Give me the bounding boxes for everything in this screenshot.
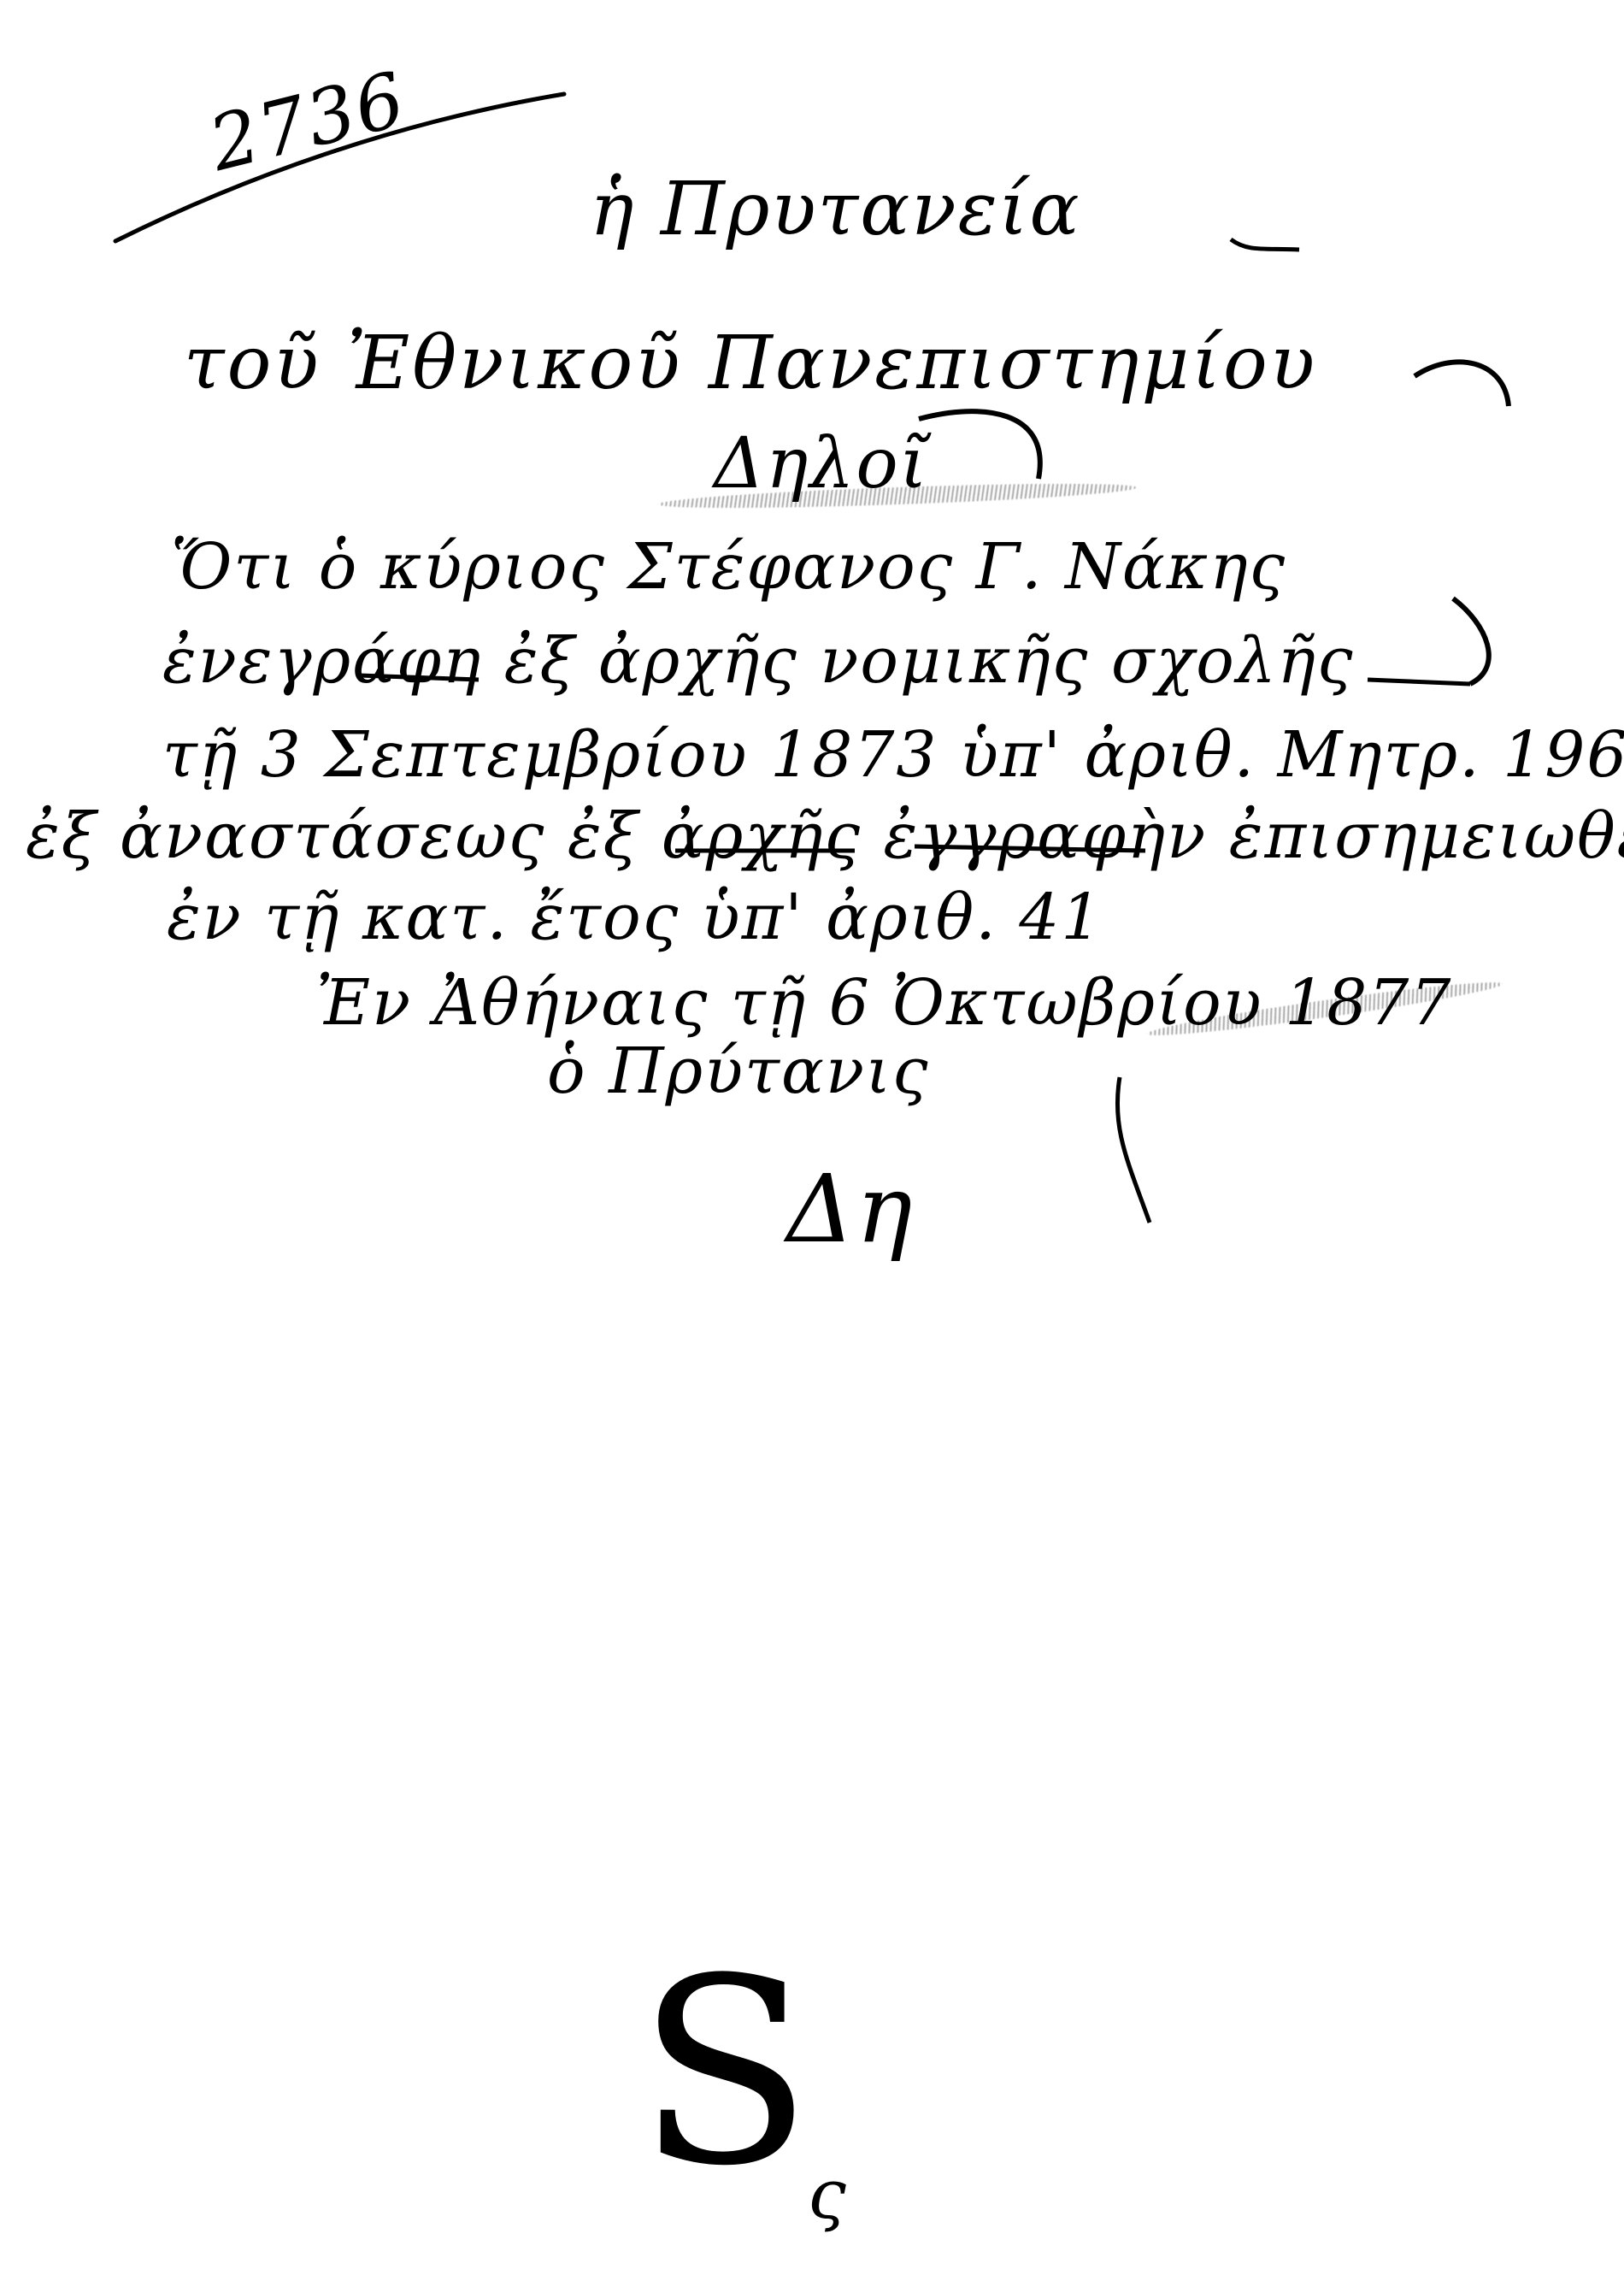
heading-line-1: ἡ Πρυτανεία bbox=[590, 167, 1081, 252]
body-line: ἐν τῇ κατ. ἔτος ὑπ' ἀριθ. 41 bbox=[167, 881, 1103, 954]
heading-line-2: τοῦ Ἐθνικοῦ Πανεπιστημίου bbox=[184, 321, 1317, 406]
signature-tail bbox=[1117, 1077, 1150, 1223]
body-line: τῇ 3 Σεπτεμβρίου 1873 ὑπ' ἀριθ. Μητρ. 19… bbox=[162, 718, 1624, 792]
folio-mark: S bbox=[637, 1924, 815, 2222]
date-line: Ἐν Ἀθήναις τῇ 6 Ὀκτωβρίου 1877 bbox=[316, 966, 1452, 1040]
signature: Δη bbox=[786, 1154, 914, 1264]
heading2-flourish bbox=[1415, 362, 1509, 406]
folio-sub-mark: ς bbox=[808, 2154, 848, 2234]
heading-line-3: Δηλοῖ bbox=[714, 423, 929, 504]
body-line: Ὅτι ὁ κύριος Στέφανος Γ. Νάκης bbox=[171, 530, 1286, 604]
heading3-arc bbox=[919, 411, 1040, 479]
body-line: ἐξ ἀναστάσεως ἐξ ἀρχῆς ἐγγραφὴν ἐπισημει… bbox=[26, 799, 1624, 873]
document-page: 2736 ἡ Πρυτανεία τοῦ Ἐθνικοῦ Πανεπιστημί… bbox=[0, 0, 1624, 2275]
rector-title: ὁ Πρύτανις bbox=[547, 1034, 929, 1108]
body-bracket bbox=[1453, 598, 1489, 684]
heading1-flourish bbox=[1231, 239, 1299, 250]
body-line: ἐνεγράφη ἐξ ἀρχῆς νομικῆς σχολῆς bbox=[162, 624, 1354, 698]
